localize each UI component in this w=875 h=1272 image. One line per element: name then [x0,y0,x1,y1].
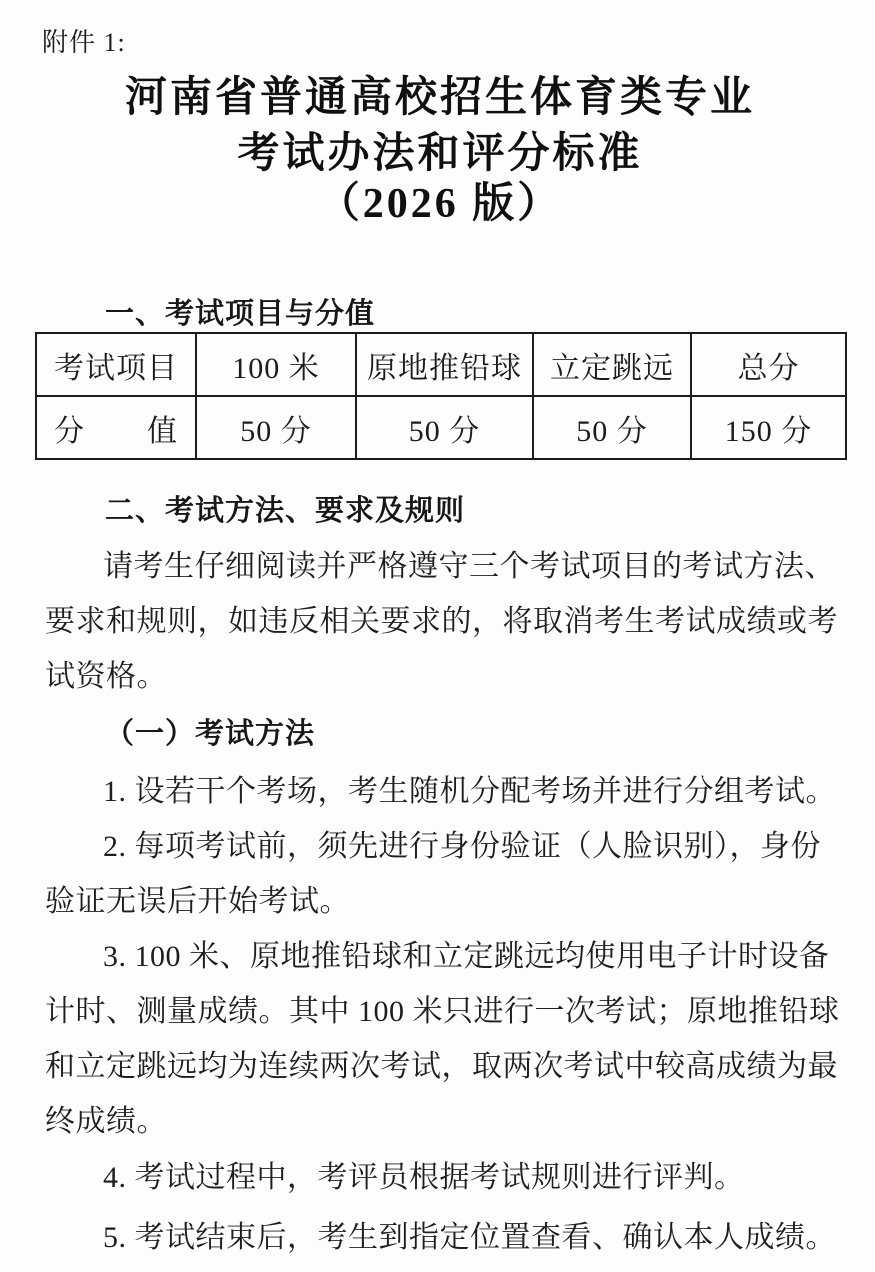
method-item-3-line-2: 计时、测量成绩。其中 100 米只进行一次考试；原地推铅球 [45,986,840,1030]
score-table: 考试项目 100 米 原地推铅球 立定跳远 总分 分 值 50 分 50 分 5… [35,332,847,460]
table-value-cell-longjump: 50 分 [533,396,691,459]
table-value-cell-shotput: 50 分 [356,396,533,459]
score-table-header-row: 考试项目 100 米 原地推铅球 立定跳远 总分 [36,333,846,396]
method-item-4-line-1: 4. 考试过程中，考评员根据考试规则进行评判。 [103,1152,745,1196]
method-item-3-line-1: 3. 100 米、原地推铅球和立定跳远均使用电子计时设备 [103,931,830,975]
table-value-cell-total: 150 分 [691,396,846,459]
doc-title-line1: 河南省普通高校招生体育类专业 [35,64,845,124]
intro-line-1: 请考生仔细阅读并严格遵守三个考试项目的考试方法、 [103,541,835,585]
subsection-one-heading: （一）考试方法 [105,711,315,752]
table-header-cell-100m: 100 米 [196,333,356,396]
method-item-2-line-2: 验证无误后开始考试。 [45,876,350,920]
attachment-label: 附件 1: [42,22,126,59]
method-item-3-line-4: 终成绩。 [45,1096,167,1140]
intro-line-3: 试资格。 [45,651,167,695]
table-value-cell-label: 分 值 [36,396,196,459]
intro-line-2: 要求和规则，如违反相关要求的，将取消考生考试成绩或考 [45,596,838,640]
section-one-heading: 一、考试项目与分值 [105,291,375,332]
table-header-cell-longjump: 立定跳远 [533,333,691,396]
method-item-1-line-1: 1. 设若干个考场，考生随机分配考场并进行分组考试。 [103,766,836,810]
section-two-heading: 二、考试方法、要求及规则 [105,488,465,529]
table-header-cell-shotput: 原地推铅球 [356,333,533,396]
method-item-2-line-1: 2. 每项考试前，须先进行身份验证（人脸识别），身份 [103,821,821,865]
table-header-cell-item: 考试项目 [36,333,196,396]
method-item-5-line-1: 5. 考试结束后，考生到指定位置查看、确认本人成绩。 [103,1212,836,1256]
table-value-cell-100m: 50 分 [196,396,356,459]
score-table-value-row: 分 值 50 分 50 分 50 分 150 分 [36,396,846,459]
document-page: 附件 1: 河南省普通高校招生体育类专业 考试办法和评分标准 （2026 版） … [0,0,875,1272]
table-header-cell-total: 总分 [691,333,846,396]
doc-title-line3: （2026 版） [35,170,845,230]
method-item-3-line-3: 和立定跳远均为连续两次考试，取两次考试中较高成绩为最 [45,1041,838,1085]
